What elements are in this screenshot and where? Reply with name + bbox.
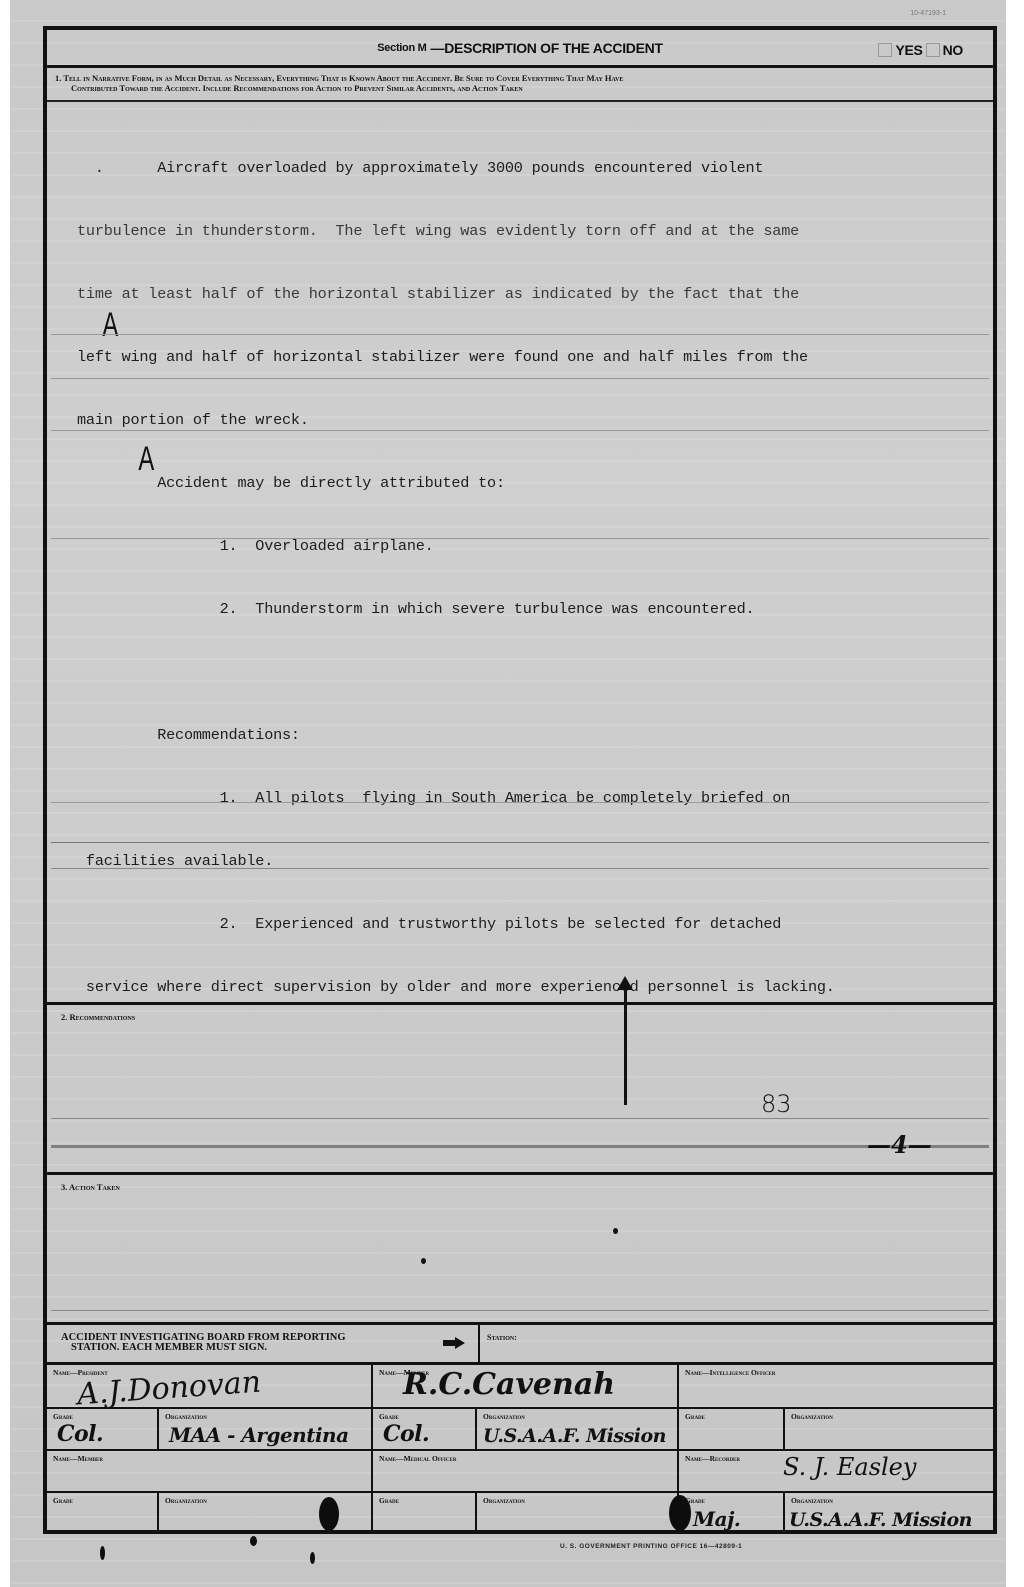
instructions-line-2: Contributed Toward the Accident. Include… [55,83,985,93]
member2-grade-field: Grade [47,1493,159,1533]
ink-speck [250,1536,257,1546]
narrative-line: 2. Thunderstorm in which severe turbulen… [77,599,977,620]
member-organization-field: Organization U.S.A.A.F. Mission [477,1409,679,1451]
president-organization-field: Organization MAA - Argentina [159,1409,373,1451]
handwritten-page-number: —4— [867,1130,932,1159]
ghost-rule [51,868,989,869]
narrative-line: left wing and half of horizontal stabili… [77,347,977,368]
instructions-line-1: 1. Tell in Narrative Form, in as Much De… [55,73,985,83]
president-name-field: Name—President A.J.Donovan [47,1365,373,1409]
recorder-organization-field: Organization U.S.A.A.F. Mission [785,1493,997,1533]
ink-speck [100,1546,105,1560]
narrative-line: 2. Experienced and trustworthy pilots be… [77,914,977,935]
ghost-rule [51,1145,989,1148]
narrative-line: . Aircraft overloaded by approximately 3… [77,158,977,179]
station-label: Station: [487,1333,517,1342]
member-name-field: Name—Member R.C.Cavenah [373,1365,679,1409]
checkbox-no [926,43,940,57]
member2-organization-field: Organization [159,1493,373,1533]
board-heading: ACCIDENT INVESTIGATING BOARD FROM REPORT… [61,1333,346,1353]
ink-dot [613,1228,618,1234]
station-divider [478,1325,480,1362]
board-heading-row: ACCIDENT INVESTIGATING BOARD FROM REPORT… [47,1325,993,1365]
narrative-line: 1. Overloaded airplane. [77,536,977,557]
ghost-rule [51,842,989,843]
arrow-right-icon [443,1337,465,1349]
instructions: 1. Tell in Narrative Form, in as Much De… [47,68,993,102]
section-divider [47,1172,993,1175]
intelligence-officer-organization-field: Organization [785,1409,997,1451]
section-header: Section M —DESCRIPTION OF THE ACCIDENT Y… [47,30,993,68]
recorder-signature: S. J. Easley [783,1453,916,1481]
medical-officer-grade-field: Grade [373,1493,477,1533]
ghost-rule [51,802,989,803]
recommendations-label: 2. Recommendations [61,1012,135,1022]
medical-officer-name-field: Name—Medical Officer [373,1451,679,1493]
medical-officer-organization-field: Organization [477,1493,679,1533]
narrative-line: turbulence in thunderstorm. The left win… [77,221,977,242]
member2-name-field: Name—Member [47,1451,373,1493]
ink-blot [669,1495,691,1531]
action-taken-label: 3. Action Taken [61,1182,120,1192]
narrative-line: service where direct supervision by olde… [77,977,977,998]
section-divider [47,1002,993,1005]
form-number: 10-47193-1 [910,10,946,17]
ghost-rule [51,1118,989,1119]
margin-mark-a: A [102,306,118,345]
narrative-line [77,662,977,683]
ghost-rule [51,378,989,379]
narrative-line: main portion of the wreck. [77,410,977,431]
printer-imprint: U. S. GOVERNMENT PRINTING OFFICE 16—4280… [560,1543,742,1550]
checkbox-yes [878,43,892,57]
ghost-rule [51,334,989,335]
ink-speck [310,1552,315,1564]
narrative-text: . Aircraft overloaded by approximately 3… [77,116,977,1040]
handwritten-arrow-icon [624,980,627,1105]
recorder-name-field: Name—Recorder S. J. Easley [679,1451,997,1493]
narrative-line: time at least half of the horizontal sta… [77,284,977,305]
recorder-grade-field: Grade Maj. [679,1493,785,1533]
bleedthrough-yes-no: YES NO [878,42,963,58]
ghost-rule [51,430,989,431]
ink-blot [319,1497,339,1531]
narrative-line: Accident may be directly attributed to: [77,473,977,494]
handwritten-page-ref: 83 [761,1090,792,1118]
ghost-rule [51,538,989,539]
accident-report-form: Section M —DESCRIPTION OF THE ACCIDENT Y… [43,26,997,1534]
intelligence-officer-grade-field: Grade [679,1409,785,1451]
scanned-page: 10-47193-1 Section M —DESCRIPTION OF THE… [10,0,1006,1587]
section-title: —DESCRIPTION OF THE ACCIDENT [431,40,663,56]
section-prefix: Section M [377,42,426,54]
narrative-line: 1. All pilots flying in South America be… [77,788,977,809]
president-grade-field: Grade Col. [47,1409,159,1451]
narrative-line: Recommendations: [77,725,977,746]
member-grade-field: Grade Col. [373,1409,477,1451]
intelligence-officer-name-field: Name—Intelligence Officer [679,1365,997,1409]
ink-dot [421,1258,426,1264]
investigating-board: ACCIDENT INVESTIGATING BOARD FROM REPORT… [47,1322,993,1534]
margin-mark-a: A [138,440,154,479]
ghost-rule [51,1310,989,1311]
member-signature: R.C.Cavenah [403,1367,615,1402]
